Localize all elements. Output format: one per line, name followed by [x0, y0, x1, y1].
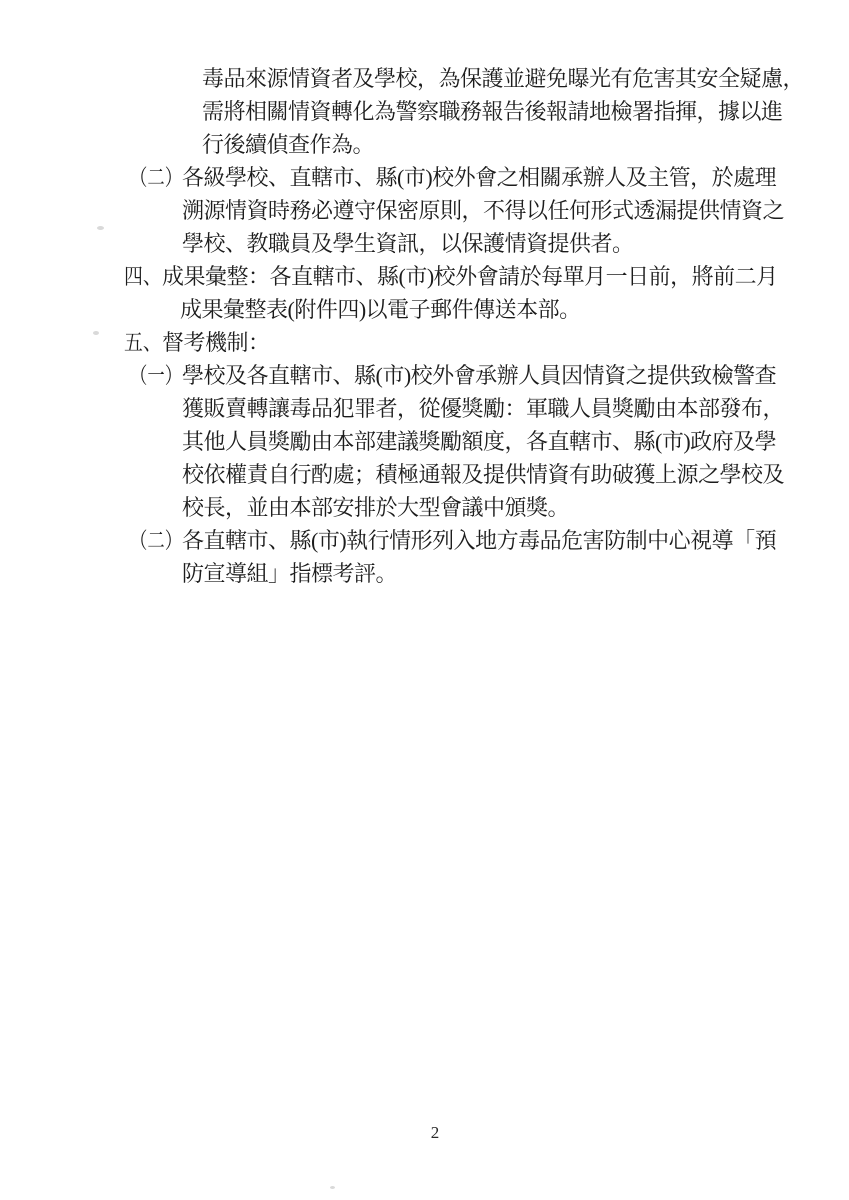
page-number: 2	[390, 1122, 480, 1144]
text-line: 獲販賣轉讓毒品犯罪者，從優獎勵：軍職人員獎勵由本部發布，	[182, 392, 784, 425]
item-label: 四、	[124, 260, 162, 293]
text-line: 溯源情資時務必遵守保密原則，不得以任何形式透漏提供情資之	[182, 194, 784, 227]
text-line: 其他人員獎勵由本部建議獎勵額度，各直轄市、縣(市)政府及學	[182, 425, 776, 458]
text-line: 各直轄市、縣(市)執行情形列入地方毒品危害防制中心視導「預	[182, 524, 776, 557]
item-label: 五、	[124, 326, 162, 359]
text-line: 成果彙整：各直轄市、縣(市)校外會請於每單月一日前，將前二月	[162, 260, 778, 293]
text-line: 學校、教職員及學生資訊，以保護情資提供者。	[182, 227, 634, 260]
document-page: 毒品來源情資者及學校，為保護並避免曝光有危害其安全疑慮， 需將相關情資轉化為警察…	[0, 0, 849, 1200]
text-line: 學校及各直轄市、縣(市)校外會承辦人員因情資之提供致檢警查	[182, 359, 776, 392]
text-line: 督考機制：	[162, 326, 270, 359]
scan-speck	[93, 331, 99, 335]
item-label: （二）	[130, 524, 182, 557]
item-label: （一）	[130, 359, 182, 392]
text-line: 成果彙整表(附件四)以電子郵件傳送本部。	[180, 293, 581, 326]
scan-speck	[97, 226, 104, 230]
scan-speck	[330, 1186, 335, 1189]
text-line: 各級學校、直轄市、縣(市)校外會之相關承辦人及主管，於處理	[182, 161, 776, 194]
text-line: 防宣導組」指標考評。	[182, 557, 397, 590]
text-line: 校長，並由本部安排於大型會議中頒獎。	[182, 491, 569, 524]
text-line: 行後續偵查作為。	[202, 128, 374, 161]
text-line: 需將相關情資轉化為警察職務報告後報請地檢署指揮，據以進	[202, 95, 783, 128]
text-line: 毒品來源情資者及學校，為保護並避免曝光有危害其安全疑慮，	[202, 62, 804, 95]
item-label: （二）	[130, 161, 182, 194]
text-line: 校依權責自行酌處；積極通報及提供情資有助破獲上源之學校及	[182, 458, 784, 491]
